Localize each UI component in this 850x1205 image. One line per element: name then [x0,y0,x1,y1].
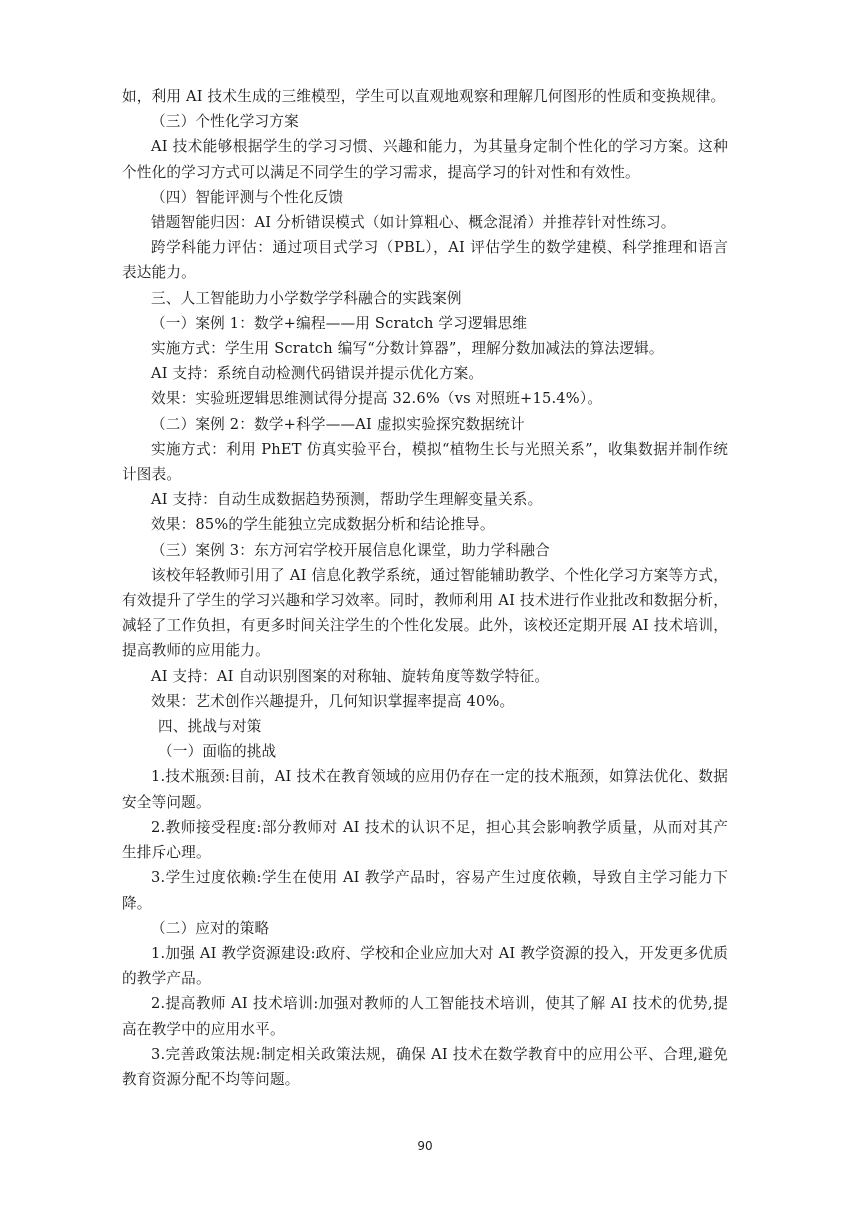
body-paragraph: 实施方式：学生用 Scratch 编写“分数计算器”，理解分数加减法的算法逻辑。 [122,336,728,361]
body-paragraph: 2.提高教师 AI 技术培训:加强对教师的人工智能技术培训，使其了解 AI 技术… [122,991,728,1041]
body-paragraph: AI 支持：AI 自动识别图案的对称轴、旋转角度等数学特征。 [122,664,728,689]
subheading-strategies: （二）应对的策略 [122,916,728,941]
body-paragraph: 错题智能归因：AI 分析错误模式（如计算粗心、概念混淆）并推荐针对性练习。 [122,210,728,235]
body-paragraph: AI 技术能够根据学生的学习习惯、兴趣和能力，为其量身定制个性化的学习方案。这种… [122,134,728,184]
body-paragraph: 效果：实验班逻辑思维测试得分提高 32.6%（vs 对照班+15.4%）。 [122,386,728,411]
body-paragraph: 效果：85%的学生能独立完成数据分析和结论推导。 [122,512,728,537]
body-paragraph: 1.技术瓶颈:目前，AI 技术在教育领域的应用仍存在一定的技术瓶颈，如算法优化、… [122,764,728,814]
subheading-case-3: （三）案例 3：东方河宕学校开展信息化课堂，助力学科融合 [122,538,728,563]
body-paragraph: AI 支持：系统自动检测代码错误并提示优化方案。 [122,361,728,386]
body-paragraph: 3.完善政策法规:制定相关政策法规，确保 AI 技术在数学教育中的应用公平、合理… [122,1042,728,1092]
body-paragraph: 该校年轻教师引用了 AI 信息化教学系统，通过智能辅助教学、个性化学习方案等方式… [122,563,728,664]
section-heading-challenges: 四、挑战与对策 [122,714,728,739]
section-heading-practice-cases: 三、人工智能助力小学数学学科融合的实践案例 [122,286,728,311]
subheading-case-2: （二）案例 2：数学+科学——AI 虚拟实验探究数据统计 [122,412,728,437]
body-paragraph: 1.加强 AI 教学资源建设:政府、学校和企业应加大对 AI 教学资源的投入，开… [122,941,728,991]
body-paragraph: 3.学生过度依赖:学生在使用 AI 教学产品时，容易产生过度依赖，导致自主学习能… [122,865,728,915]
page-number: 90 [0,1139,850,1153]
body-paragraph: 2.教师接受程度:部分教师对 AI 技术的认识不足，担心其会影响教学质量，从而对… [122,815,728,865]
subheading-challenges-faced: （一）面临的挑战 [122,739,728,764]
body-paragraph-continued: 如，利用 AI 技术生成的三维模型，学生可以直观地观察和理解几何图形的性质和变换… [122,84,728,109]
subheading-smart-assessment: （四）智能评测与个性化反馈 [122,185,728,210]
body-paragraph: 实施方式：利用 PhET 仿真实验平台，模拟“植物生长与光照关系”，收集数据并制… [122,437,728,487]
body-paragraph: 效果：艺术创作兴趣提升，几何知识掌握率提高 40%。 [122,689,728,714]
body-paragraph: AI 支持：自动生成数据趋势预测，帮助学生理解变量关系。 [122,487,728,512]
document-page: 如，利用 AI 技术生成的三维模型，学生可以直观地观察和理解几何图形的性质和变换… [122,84,728,1092]
subheading-case-1: （一）案例 1：数学+编程——用 Scratch 学习逻辑思维 [122,311,728,336]
subheading-personalized-plan: （三）个性化学习方案 [122,109,728,134]
body-paragraph: 跨学科能力评估：通过项目式学习（PBL），AI 评估学生的数学建模、科学推理和语… [122,235,728,285]
